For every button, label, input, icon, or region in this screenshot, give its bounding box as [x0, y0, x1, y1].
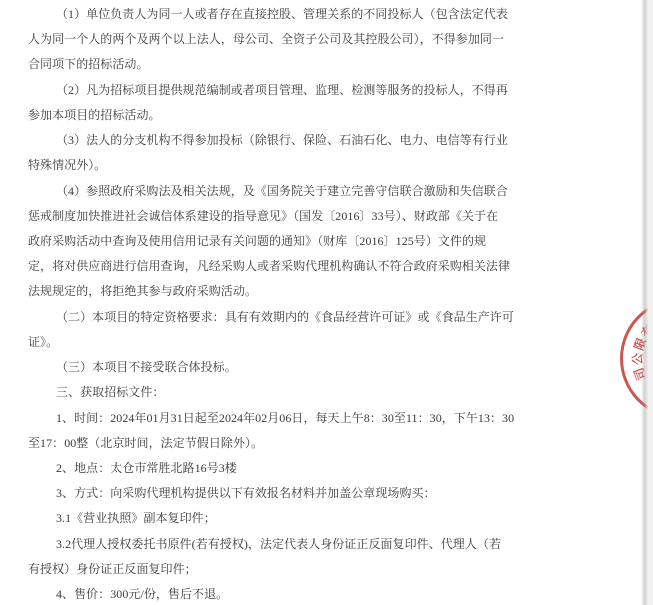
text-line: 3、方式：向采购代理机构提供以下有效报名材料并加盖公章现场购买：	[28, 481, 640, 506]
text-line: 2、地点：太仓市常胜北路16号3楼	[28, 456, 640, 481]
text-line: 参加本项目的招标活动。	[28, 103, 640, 128]
text-line: 4、售价：300元/份，售后不退。	[28, 582, 640, 605]
text-line: （4）参照政府采购法及相关法规，及《国务院关于建立完善守信联合激励和失信联合	[28, 179, 640, 204]
text-line: 3.2代理人授权委托书原件(若有授权)，法定代表人身份证正反面复印件、代理人（若	[28, 532, 640, 557]
document-page: （1）单位负责人为同一人或者存在直接控股、管理关系的不同投标人（包含法定代表人为…	[0, 0, 653, 605]
page-edge-shadow	[641, 0, 653, 605]
text-line: 3.1《营业执照》副本复印件；	[28, 506, 640, 531]
text-line: 至17：00整（北京时间，法定节假日除外）。	[28, 431, 640, 456]
text-line: 惩戒制度加快推进社会诚信体系建设的指导意见》（国发〔2016〕33号）、财政部《…	[28, 204, 640, 229]
text-line: 1、时间：2024年01月31日起至2024年02月06日，每天上午8：30至1…	[28, 406, 640, 431]
text-line: 政府采购活动中查询及使用信用记录有关问题的通知》（财库〔2016〕125号）文件…	[28, 229, 640, 254]
text-line: 证》。	[28, 330, 640, 355]
text-line: （二）本项目的特定资格要求：具有有效期内的《食品经营许可证》或《食品生产许可	[28, 305, 640, 330]
text-line: （三）本项目不接受联合体投标。	[28, 355, 640, 380]
text-line: 三、获取招标文件：	[28, 380, 640, 405]
text-line: 特殊情况外）。	[28, 153, 640, 178]
text-line: 合同项下的招标活动。	[28, 52, 640, 77]
text-line: （2）凡为招标项目提供规范编制或者项目管理、监理、检测等服务的投标人，不得再	[28, 78, 640, 103]
text-line: （3）法人的分支机构不得参加投标（除银行、保险、石油石化、电力、电信等有行业	[28, 128, 640, 153]
text-line: 定，将对供应商进行信用查询，凡经采购人或者采购代理机构确认不符合政府采购相关法律	[28, 254, 640, 279]
text-line: （1）单位负责人为同一人或者存在直接控股、管理关系的不同投标人（包含法定代表	[28, 2, 640, 27]
text-line: 有授权）身份证正反面复印件；	[28, 557, 640, 582]
text-line: 法规规定的，将拒绝其参与政府采购活动。	[28, 279, 640, 304]
text-line: 人为同一个人的两个及两个以上法人，母公司、全资子公司及其控股公司），不得参加同一	[28, 27, 640, 52]
text-block: （1）单位负责人为同一人或者存在直接控股、管理关系的不同投标人（包含法定代表人为…	[28, 2, 640, 605]
